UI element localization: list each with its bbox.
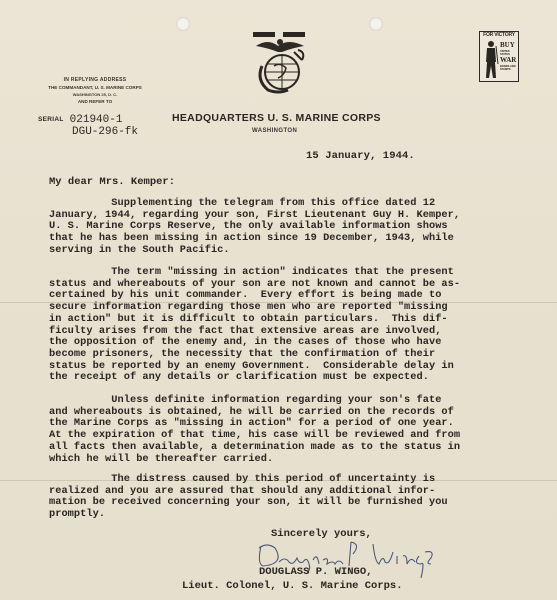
minuteman-icon — [483, 40, 499, 80]
stamp-buy: BUY — [500, 42, 515, 49]
letter-date: 15 January, 1944. — [306, 150, 415, 162]
punch-hole-right — [369, 17, 383, 31]
signer-title: Lieut. Colonel, U. S. Marine Corps. — [182, 580, 403, 592]
reply-line-1: IN REPLYING ADDRESS — [30, 76, 160, 84]
stamp-bonds-stamps: BONDS AND STAMPS — [500, 65, 516, 71]
paragraph-1: Supplementing the telegram from this off… — [49, 198, 519, 257]
reply-address-block: IN REPLYING ADDRESS THE COMMANDANT, U. S… — [30, 76, 160, 106]
paragraph-2: The term "missing in action" indicates t… — [49, 267, 519, 384]
punch-hole-left — [176, 17, 190, 31]
salutation: My dear Mrs. Kemper: — [49, 176, 175, 188]
serial-ref-code: DGU-296-fk — [38, 127, 138, 138]
serial-number: 021940-1 — [70, 114, 123, 126]
signer-name: DOUGLASS P. WINGO, — [259, 566, 372, 578]
paragraph-3: Unless definite information regarding yo… — [49, 395, 519, 465]
reply-line-4: AND REFER TO — [30, 98, 160, 106]
reply-line-2: THE COMMANDANT, U. S. MARINE CORPS — [30, 84, 160, 91]
letterhead-city: WASHINGTON — [252, 128, 297, 134]
letterhead-title: HEADQUARTERS U. S. MARINE CORPS — [172, 112, 392, 124]
stamp-top-text: FOR VICTORY — [480, 32, 518, 39]
stamp-war: WAR — [500, 57, 516, 64]
serial-reference: SERIAL021940-1 DGU-296-fk — [38, 114, 138, 138]
paragraph-4: The distress caused by this period of un… — [49, 474, 519, 521]
letter-page: IN REPLYING ADDRESS THE COMMANDANT, U. S… — [0, 0, 557, 600]
war-bonds-stamp: FOR VICTORY BUY UNITED STATES WAR BONDS … — [479, 31, 519, 82]
serial-label: SERIAL — [38, 116, 64, 123]
eagle-globe-anchor-icon — [248, 30, 312, 100]
reply-line-3: WASHINGTON 25, D. C. — [30, 91, 160, 98]
